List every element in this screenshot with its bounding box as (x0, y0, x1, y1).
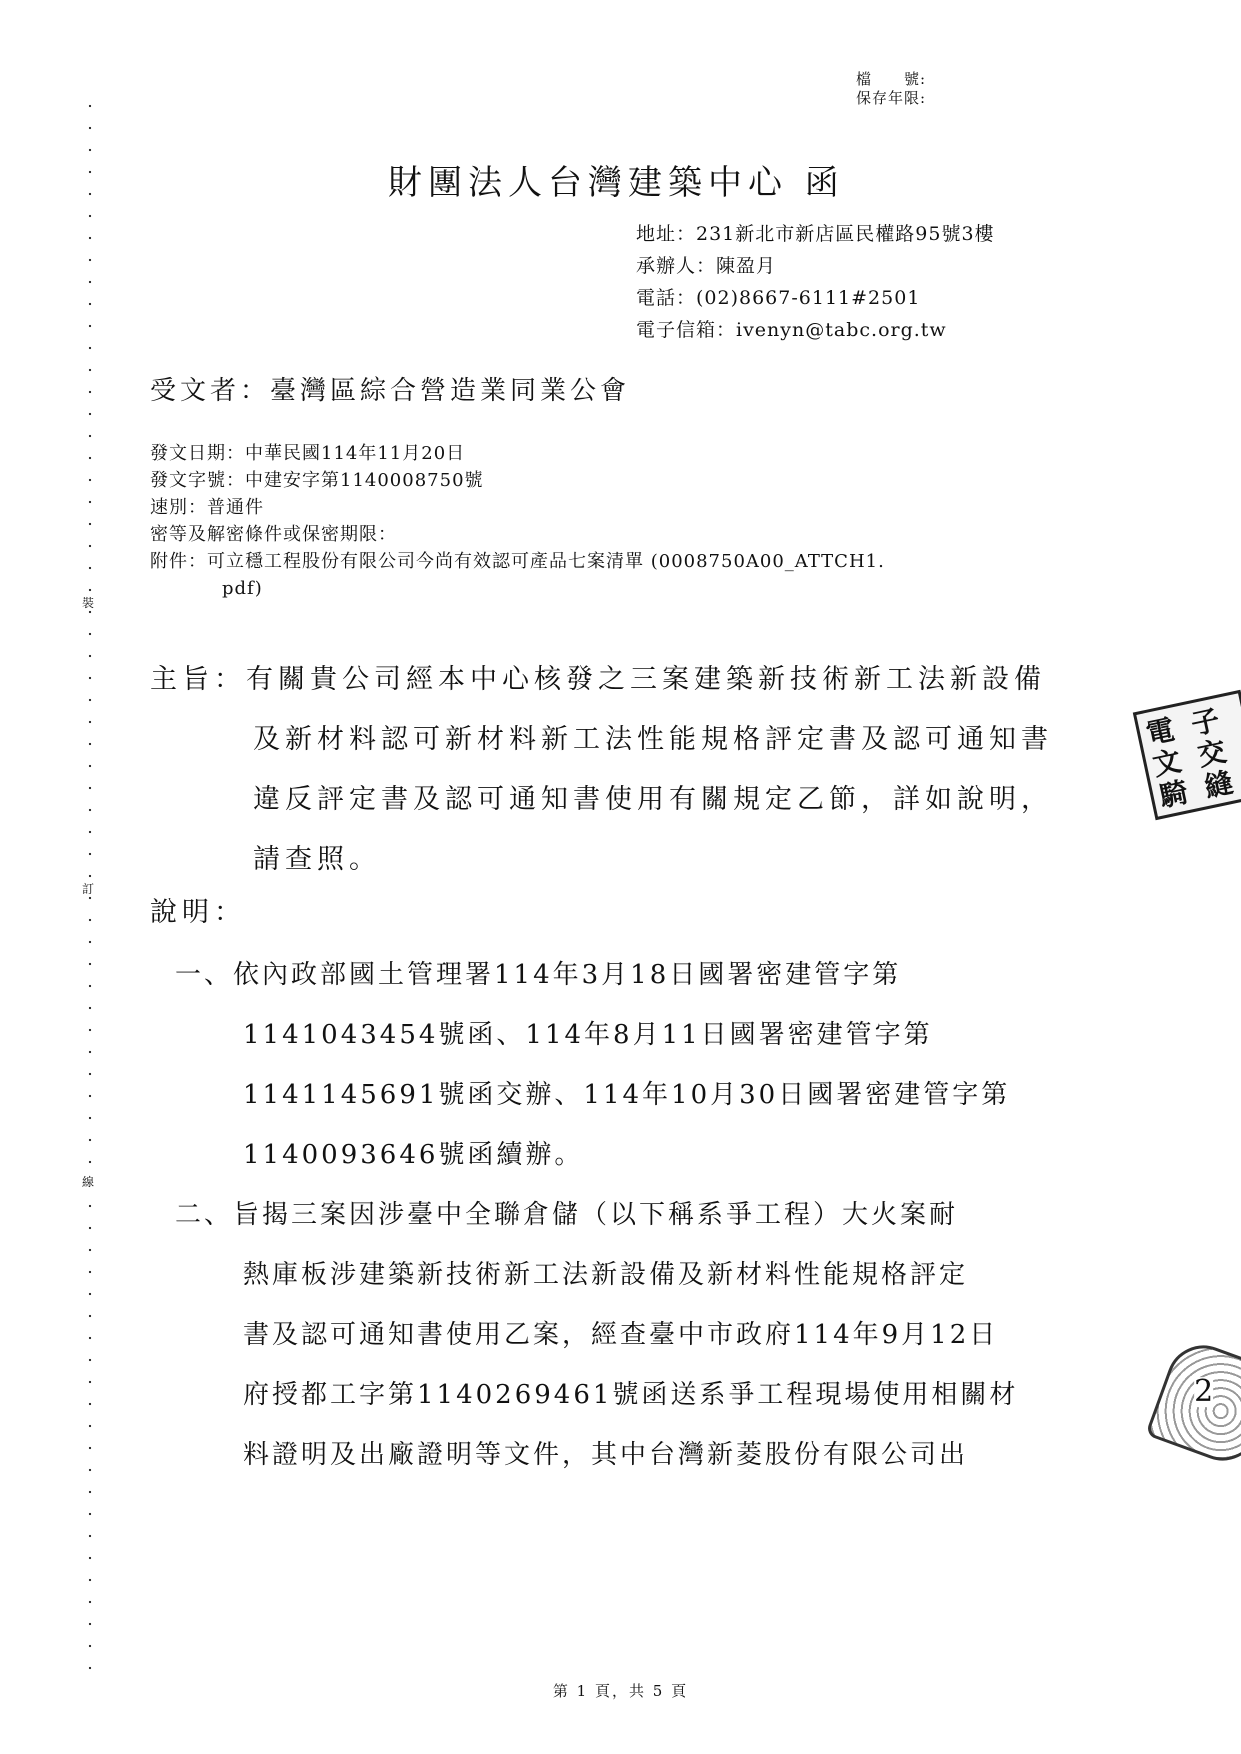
explanation-label: 說明： (150, 890, 246, 929)
item-line: 料證明及出廠證明等文件，其中台灣新菱股份有限公司出 (175, 1425, 1018, 1485)
item-line: 二、旨揭三案因涉臺中全聯倉儲（以下稱系爭工程）大火案耐 (175, 1185, 1018, 1245)
subject-section: 主旨：有關貴公司經本中心核發之三案建築新技術新工法新設備 及新材料認可新材料新工… (150, 650, 1053, 890)
stamp-char: 縫 (1202, 763, 1241, 804)
attachment-link-cont[interactable]: pdf) (150, 575, 885, 602)
handler: 承辦人：陳盈月 (636, 250, 995, 282)
item-line: 熱庫板涉建築新技術新工法新設備及新材料性能規格評定 (175, 1245, 1018, 1305)
document-number: 發文字號：中建安字第1140008750號 (150, 467, 885, 494)
binding-mark-top: 裝 (82, 596, 94, 610)
item-line: 1141145691號函交辦、114年10月30日國署密建管字第 (175, 1065, 1018, 1125)
item-line: 府授都工字第1140269461號函送系爭工程現場使用相關材 (175, 1365, 1018, 1425)
secrecy-level: 密等及解密條件或保密期限： (150, 521, 885, 548)
item-line: 書及認可通知書使用乙案，經查臺中市政府114年9月12日 (175, 1305, 1018, 1365)
retention-period-label: 保存年限: (856, 89, 926, 108)
contact-block: 地址：231新北市新店區民權路95號3樓 承辦人：陳盈月 電話：(02)8667… (636, 218, 995, 346)
subject-line: 違反評定書及認可通知書使用有關規定乙節，詳如說明， (150, 770, 1053, 830)
page-footer: 第 1 頁，共 5 頁 (0, 1680, 1241, 1701)
email: 電子信箱：ivenyn@tabc.org.tw (636, 314, 995, 346)
address: 地址：231新北市新店區民權路95號3樓 (636, 218, 995, 250)
item-line: 1141043454號函、114年8月11日國署密建管字第 (175, 1005, 1018, 1065)
attachment-link[interactable]: 附件：可立穩工程股份有限公司今尚有效認可產品七案清單 (0008750A00_A… (150, 548, 885, 575)
subject-line: 及新材料認可新材料新工法性能規格評定書及認可通知書 (150, 710, 1053, 770)
electronic-document-stamp: 電 子 文 交 騎 縫 (1133, 690, 1241, 820)
explanation-item-1: 一、依內政部國土管理署114年3月18日國署密建管字第 1141043454號函… (175, 945, 1018, 1185)
speed-category: 速別：普通件 (150, 494, 885, 521)
explanation-items: 一、依內政部國土管理署114年3月18日國署密建管字第 1141043454號函… (175, 945, 1018, 1485)
recipient: 受文者：臺灣區綜合營造業同業公會 (150, 370, 630, 407)
stamp-char: 騎 (1157, 773, 1209, 814)
binding-mark-middle: 訂 (82, 882, 94, 896)
subject-line: 請查照。 (150, 830, 1053, 890)
seal-number: 2 (1194, 1377, 1213, 1407)
issue-date: 發文日期：中華民國114年11月20日 (150, 440, 885, 467)
phone: 電話：(02)8667-6111#2501 (636, 282, 995, 314)
document-title: 財團法人台灣建築中心 函 (388, 155, 845, 204)
subject-line: 主旨：有關貴公司經本中心核發之三案建築新技術新工法新設備 (150, 650, 1053, 710)
item-line: 一、依內政部國土管理署114年3月18日國署密建管字第 (175, 945, 1018, 1005)
document-meta: 發文日期：中華民國114年11月20日 發文字號：中建安字第1140008750… (150, 440, 885, 602)
explanation-item-2: 二、旨揭三案因涉臺中全聯倉儲（以下稱系爭工程）大火案耐 熱庫板涉建築新技術新工法… (175, 1185, 1018, 1485)
file-number-label: 檔 號: (856, 70, 926, 89)
binding-mark-bottom: 線 (82, 1175, 94, 1189)
file-meta: 檔 號: 保存年限: (856, 70, 926, 108)
item-line: 1140093646號函續辦。 (175, 1125, 1018, 1185)
seal-stamp-icon: 2 (1145, 1335, 1241, 1471)
